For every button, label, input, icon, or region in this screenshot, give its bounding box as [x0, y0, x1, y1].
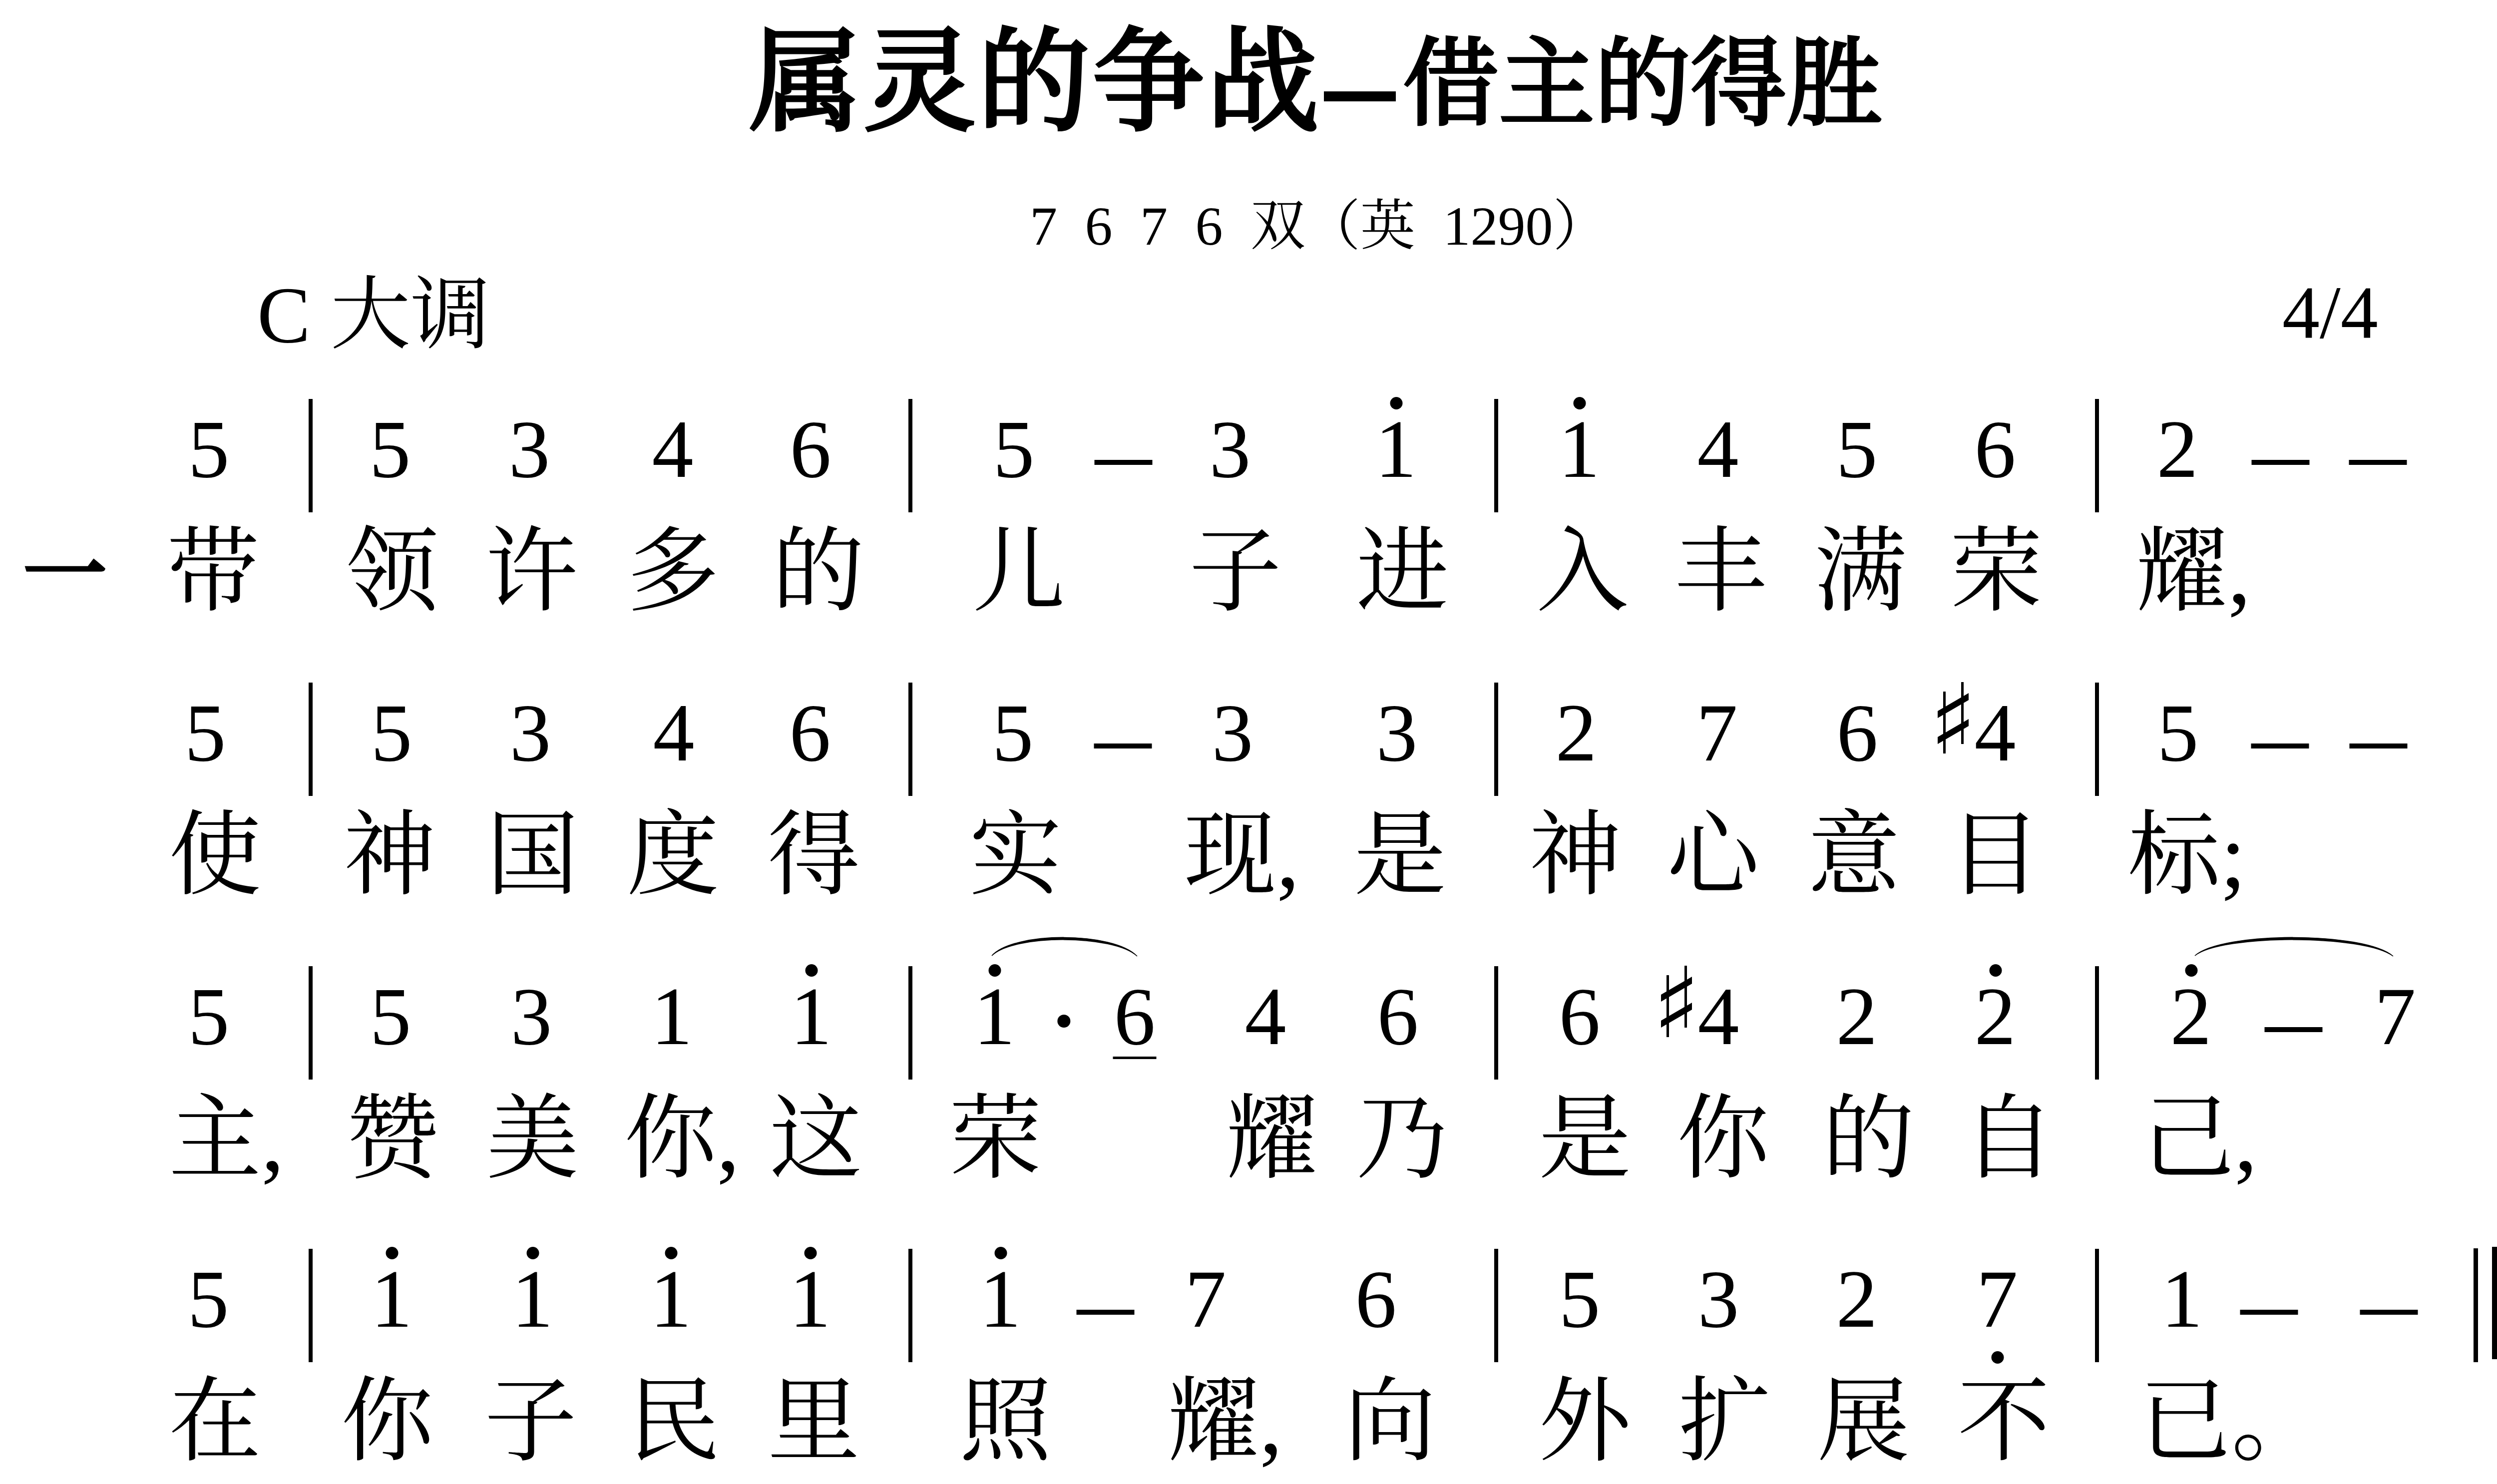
note-high-octave: 1 [974, 975, 1015, 1058]
note: 2 [2157, 407, 2198, 490]
note: 3 [1212, 691, 1253, 774]
note-sharp: 4 [1975, 691, 2016, 774]
lyric: 你 [341, 1376, 433, 1469]
lyric: 领 [346, 526, 438, 619]
sustain-dash: – [2248, 1257, 2290, 1340]
note: 5 [370, 407, 411, 490]
note-high-octave: 1 [650, 1257, 692, 1340]
note: 2 [1836, 975, 1878, 1058]
sustain-dash: – [2273, 975, 2314, 1058]
note: 5 [371, 691, 413, 774]
lyric: 荣 [1950, 526, 2043, 619]
barline [309, 683, 313, 796]
lyric: 已。 [2139, 1376, 2324, 1469]
note: 5 [992, 691, 1034, 774]
lyric: 自 [1963, 1094, 2055, 1186]
sustain-dash: – [2260, 407, 2301, 490]
note: 5 [370, 975, 412, 1058]
lyric: 里 [768, 1376, 860, 1469]
note-high-octave: 1 [790, 1257, 831, 1340]
slur-icon [989, 931, 1141, 959]
barline [2095, 1249, 2099, 1362]
lyric: 入 [1536, 526, 1629, 619]
lyric: 子 [484, 1376, 577, 1469]
note: 5 [1836, 407, 1878, 490]
lyric: 进 [1356, 526, 1449, 619]
lyric: 展 [1817, 1376, 1910, 1469]
lyric: 是 [1354, 810, 1446, 902]
sustain-dash: – [2357, 407, 2399, 490]
note: 6 [1559, 975, 1601, 1058]
lyric: 是 [1539, 1094, 1631, 1186]
lyric: 民 [628, 1376, 720, 1469]
note-high-octave: 1 [371, 1257, 413, 1340]
barline [309, 399, 313, 512]
note: 5 [185, 691, 226, 774]
title-separator: – [1324, 91, 1396, 101]
final-barline-thick [2492, 1247, 2497, 1359]
note: 5 [1559, 1257, 1601, 1340]
lyric: 耀, [1167, 1376, 1282, 1469]
sustain-dash: – [1102, 691, 1144, 774]
note: 1 [651, 975, 693, 1058]
lyric: 这 [770, 1094, 862, 1186]
lyric: 神 [344, 810, 436, 902]
note: 5 [188, 407, 230, 490]
lyric: 得 [768, 810, 860, 902]
note-sharp: 4 [1698, 975, 1739, 1058]
barline [908, 1249, 912, 1362]
lyric: 意 [1808, 810, 1900, 902]
title-main: 属灵的争战 [749, 26, 1321, 138]
final-barline-thin [2474, 1248, 2478, 1362]
note-high-octave: 2 [2170, 975, 2212, 1058]
note: 4 [652, 407, 694, 490]
note: 3 [511, 975, 552, 1058]
lyric: 度 [627, 810, 719, 902]
lyric: 丰 [1674, 526, 1767, 619]
lyric: 向 [1344, 1376, 1436, 1469]
lyric: 不 [1958, 1376, 2050, 1469]
lyric: 神 [1529, 810, 1622, 902]
lyric: 带 [167, 526, 259, 619]
note: 6 [1355, 1257, 1397, 1340]
title-sub: 借主的得胜 [1403, 36, 1882, 132]
lyric: 荣 [949, 1094, 1042, 1186]
barline [1494, 966, 1498, 1080]
lyric: 儿 [973, 526, 1065, 619]
sustain-dash: – [2259, 691, 2301, 774]
note: 4 [1245, 975, 1286, 1058]
score-row-3: 5 5 3 1 1 1 · 6 4 6 6 4 2 2 2 – 7 主, 赞 美… [0, 966, 2497, 1196]
lyric: 你, [624, 1094, 740, 1186]
note: 7 [2375, 975, 2416, 1058]
sustain-dash: – [2358, 691, 2399, 774]
note: 5 [993, 407, 1035, 490]
note: 2 [1836, 1257, 1878, 1340]
barline [2095, 399, 2099, 512]
barline [1494, 1249, 1498, 1362]
note: 6 [790, 691, 831, 774]
barline [908, 683, 912, 796]
lyric: 心 [1667, 810, 1759, 902]
note: 6 [1837, 691, 1878, 774]
meter-line: 7 6 7 6 双（英 1290） [1030, 199, 1608, 254]
barline [2095, 966, 2099, 1080]
lyric: 实 [969, 810, 1062, 902]
note: 3 [1698, 1257, 1739, 1340]
note-high-octave: 1 [512, 1257, 553, 1340]
lyric: 目 [1949, 810, 2041, 902]
lyric: 赞 [347, 1094, 439, 1186]
barline [1494, 399, 1498, 512]
barline [309, 966, 313, 1080]
barline [908, 399, 912, 512]
lyric: 主, [169, 1094, 284, 1186]
note: 3 [510, 691, 551, 774]
sustain-dash: – [1085, 1257, 1126, 1340]
lyric: 你 [1677, 1094, 1769, 1186]
slur-icon [2192, 931, 2397, 959]
lyric: 耀, [2135, 526, 2251, 619]
score-row-2: 5 5 3 4 6 5 – 3 3 2 7 6 4 5 – – 使 神 国 度 … [0, 683, 2497, 912]
lyric: 子 [1189, 526, 1281, 619]
note: 6 [1975, 407, 2016, 490]
note-high-octave: 1 [1559, 407, 1600, 490]
note: 1 [2161, 1257, 2203, 1340]
note: 3 [1210, 407, 1251, 490]
note-eighth: 6 [1114, 975, 1156, 1058]
lyric: 美 [486, 1094, 579, 1186]
note: 3 [1376, 691, 1418, 774]
note: 6 [790, 407, 832, 490]
sustain-dash: – [2368, 1257, 2410, 1340]
time-signature: 4/4 [2282, 276, 2378, 351]
verse-number: 一 [22, 533, 107, 618]
lyric: 的 [772, 526, 864, 619]
score-row-4: 5 1 1 1 1 1 – 7 6 5 3 2 7 1 – – 在 你 子 民 … [0, 1249, 2497, 1479]
note: 5 [188, 975, 230, 1058]
barline [1494, 683, 1498, 796]
lyric: 在 [169, 1376, 261, 1469]
lyric: 乃 [1356, 1094, 1448, 1186]
lyric: 扩 [1678, 1376, 1771, 1469]
note: 2 [1556, 691, 1597, 774]
note: 7 [1185, 1257, 1227, 1340]
lyric: 外 [1539, 1376, 1631, 1469]
lyric: 许 [485, 526, 578, 619]
note-low-octave: 7 [1977, 1257, 2018, 1340]
note: 6 [1377, 975, 1419, 1058]
lyric: 标; [2128, 810, 2246, 902]
augmentation-dot: · [1050, 975, 1077, 1058]
lyric: 耀 [1226, 1094, 1318, 1186]
lyric: 满 [1814, 526, 1907, 619]
note-high-octave: 2 [1975, 975, 2016, 1058]
lyric: 使 [169, 810, 261, 902]
lyric: 的 [1822, 1094, 1915, 1186]
lyric: 己, [2142, 1094, 2257, 1186]
lyric: 多 [627, 526, 719, 619]
lyric: 现, [1184, 810, 1299, 902]
note: 3 [509, 407, 550, 490]
lyric: 国 [486, 810, 579, 902]
sustain-dash: – [1103, 407, 1144, 490]
barline [2095, 683, 2099, 796]
note-high-octave: 1 [791, 975, 832, 1058]
hymn-sheet: 属灵的争战 – 借主的得胜 7 6 7 6 双（英 1290） C 大调 4/4… [0, 0, 2497, 1484]
note: 5 [2157, 691, 2199, 774]
sharp-icon [1938, 682, 1969, 753]
note: 4 [653, 691, 695, 774]
barline [309, 1249, 313, 1362]
note: 5 [188, 1257, 229, 1340]
note: 7 [1696, 691, 1738, 774]
note-high-octave: 1 [1375, 407, 1417, 490]
key-signature: C 大调 [257, 275, 490, 355]
barline [908, 966, 912, 1080]
note-high-octave: 1 [980, 1257, 1021, 1340]
note: 4 [1697, 407, 1739, 490]
score-row-1: 5 5 3 4 6 5 – 3 1 1 4 5 6 2 – – 一 带 领 许 … [0, 399, 2497, 629]
sharp-icon [1661, 966, 1692, 1037]
lyric: 照 [959, 1376, 1052, 1469]
